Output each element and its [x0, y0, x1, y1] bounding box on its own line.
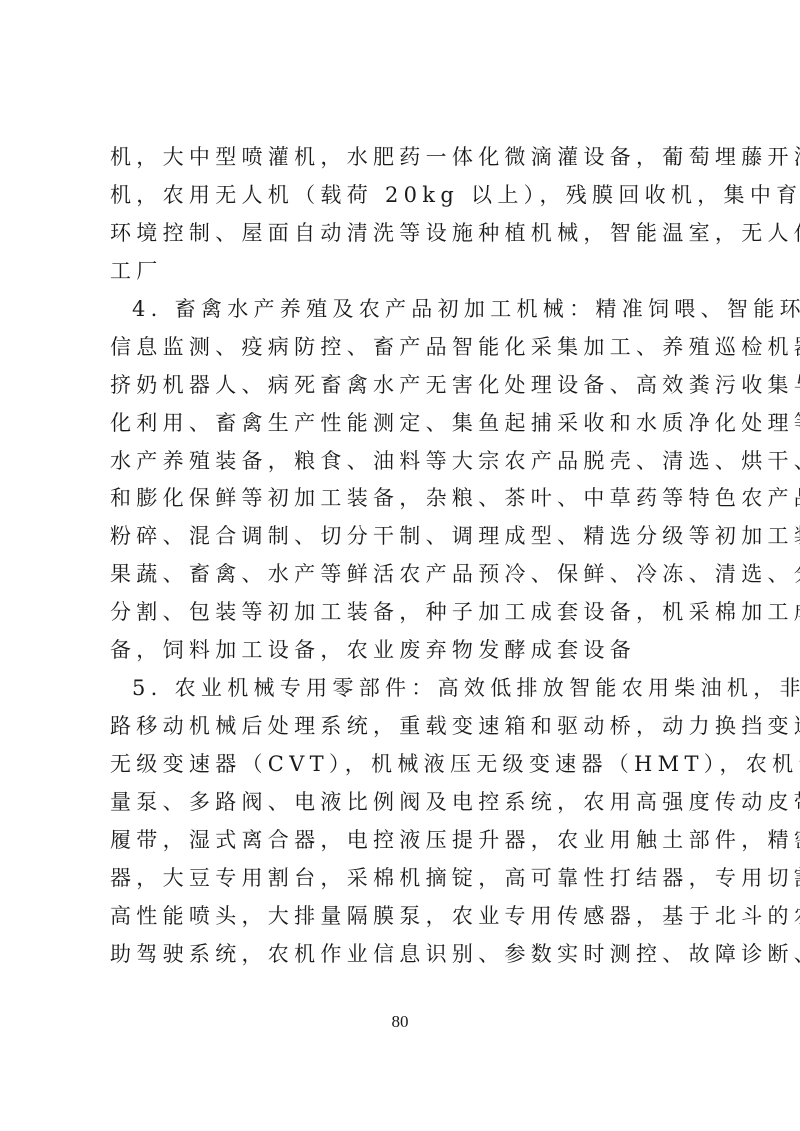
section-5-heading-line: 5. 农业机械专用零部件：高效低排放智能农用柴油机，非道	[110, 670, 692, 708]
page-number: 80	[0, 1012, 800, 1032]
text-line: 工厂	[110, 253, 692, 291]
text-line: 量泵、多路阀、电液比例阀及电控系统，农用高强度传动皮带和半	[110, 784, 692, 822]
document-page: 机，大中型喷灌机，水肥药一体化微滴灌设备，葡萄埋藤开沟施肥 机，农用无人机（载荷…	[0, 0, 800, 1131]
text-line: 机，大中型喷灌机，水肥药一体化微滴灌设备，葡萄埋藤开沟施肥	[110, 139, 692, 177]
text-line: 分割、包装等初加工装备，种子加工成套设备，机采棉加工成套设	[110, 594, 692, 632]
text-line: 助驾驶系统，农机作业信息识别、参数实时测控、故障诊断、作业	[110, 936, 692, 974]
text-line: 果蔬、畜禽、水产等鲜活农产品预冷、保鲜、冷冻、清选、分级、	[110, 556, 692, 594]
text-line: 无级变速器（CVT），机械液压无级变速器（HMT），农机专用变	[110, 746, 692, 784]
text-line: 备，饲料加工设备，农业废弃物发酵成套设备	[110, 632, 692, 670]
section-4-heading-line: 4. 畜禽水产养殖及农产品初加工机械：精准饲喂、智能环控、	[110, 291, 692, 329]
text-line: 高性能喷头，大排量隔膜泵，农业专用传感器，基于北斗的农机辅	[110, 898, 692, 936]
text-line: 粉碎、混合调制、切分干制、调理成型、精选分级等初加工装备，	[110, 518, 692, 556]
body-text: 机，大中型喷灌机，水肥药一体化微滴灌设备，葡萄埋藤开沟施肥 机，农用无人机（载荷…	[110, 139, 692, 974]
text-line: 水产养殖装备，粮食、油料等大宗农产品脱壳、清选、烘干、储藏	[110, 443, 692, 481]
text-line: 机，农用无人机（载荷 20kg 以上），残膜回收机，集中育苗（秧）、	[110, 177, 692, 215]
text-line: 信息监测、疫病防控、畜产品智能化采集加工、养殖巡检机器人、	[110, 329, 692, 367]
text-line: 挤奶机器人、病死畜禽水产无害化处理设备、高效粪污收集与资源	[110, 367, 692, 405]
text-line: 器，大豆专用割台，采棉机摘锭，高可靠性打结器，专用切割刀具，	[110, 860, 692, 898]
text-line: 路移动机械后处理系统，重载变速箱和驱动桥，动力换挡变速箱，	[110, 708, 692, 746]
text-line: 履带，湿式离合器，电控液压提升器，农业用触土部件，精密排种	[110, 822, 692, 860]
text-line: 化利用、畜禽生产性能测定、集鱼起捕采收和水质净化处理等畜禽	[110, 405, 692, 443]
text-line: 和膨化保鲜等初加工装备，杂粮、茶叶、中草药等特色农产品碾磨	[110, 480, 692, 518]
text-line: 环境控制、屋面自动清洗等设施种植机械，智能温室，无人化植物	[110, 215, 692, 253]
